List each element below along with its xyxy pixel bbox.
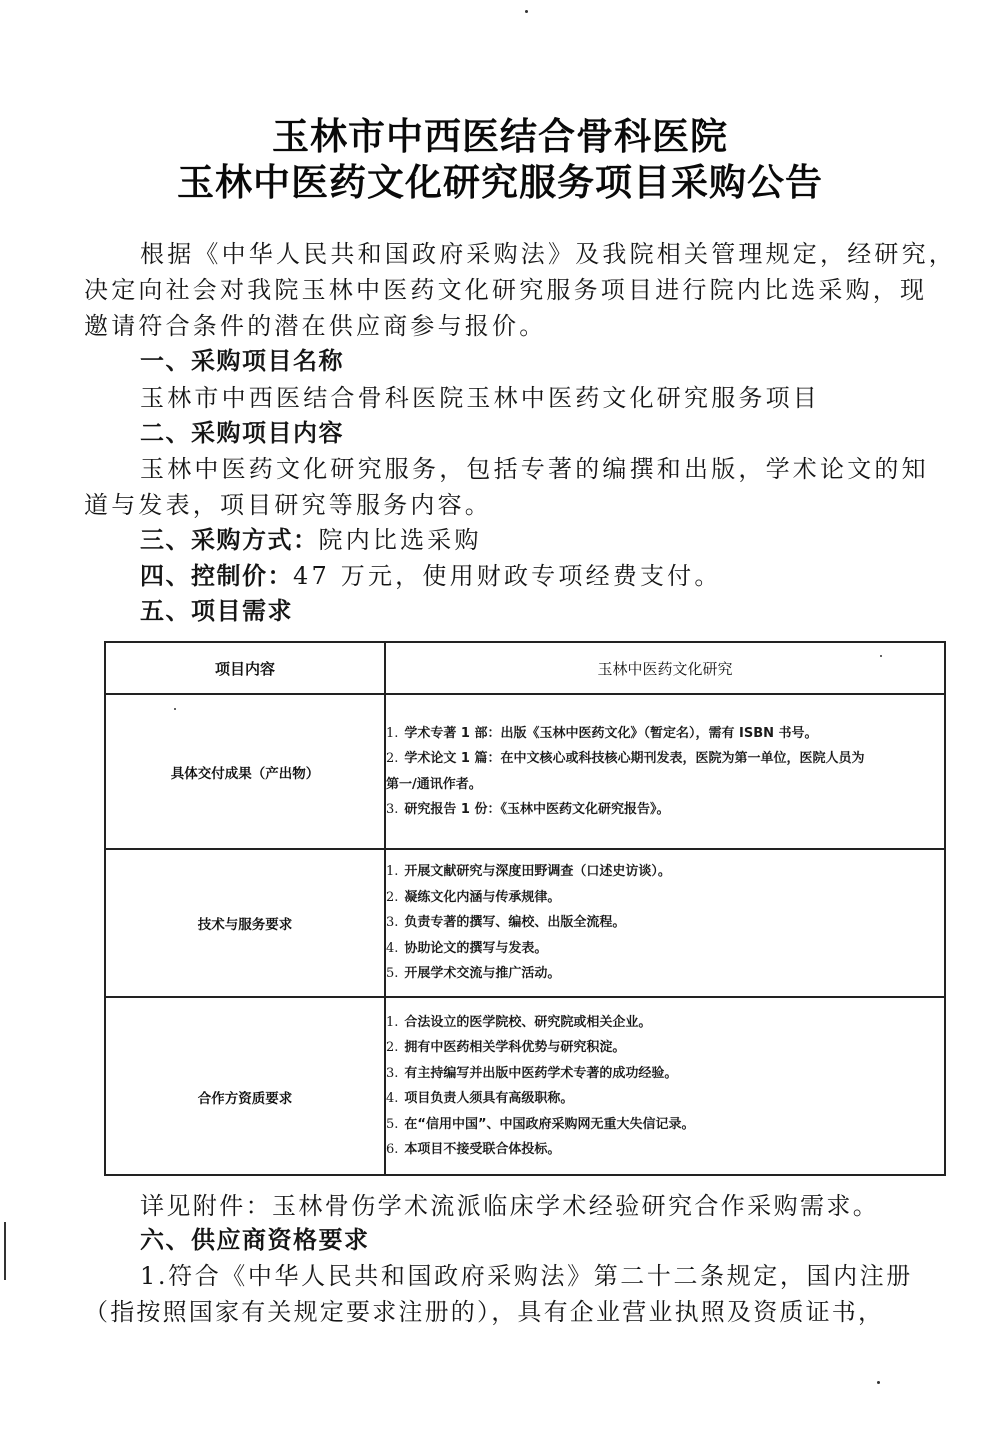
section-3-value: 院内比选采购 (319, 526, 482, 554)
scan-margin-mark (4, 1222, 6, 1280)
section-5-heading: 五、项目需求 (140, 591, 293, 626)
table-header-project: 玉林中医药文化研究 (385, 642, 945, 694)
section-2-body-line-2: 道与发表，项目研究等服务内容。 (84, 485, 492, 520)
row-items-tech-service: 1.开展文献研究与深度田野调查（口述史访谈）。 2.凝练文化内涵与传承规律。 3… (385, 849, 945, 997)
section-1-heading: 一、采购项目名称 (140, 341, 344, 376)
requirements-table: 项目内容 玉林中医药文化研究 具体交付成果（产出物） 1.学术专著 1 部：出版… (104, 641, 946, 1176)
scan-speck (174, 708, 176, 710)
table-row: 技术与服务要求 1.开展文献研究与深度田野调查（口述史访谈）。 2.凝练文化内涵… (105, 849, 945, 997)
list-item: 3.负责专著的撰写、编校、出版全流程。 (386, 910, 944, 936)
list-item: 1.合法设立的医学院校、研究院或相关企业。 (386, 1010, 944, 1036)
section-3: 三、采购方式：院内比选采购 (140, 520, 482, 555)
section-4-value: 47 万元，使用财政专项经费支付。 (293, 562, 722, 590)
list-item: 1.学术专著 1 部：出版《玉林中医药文化》（暂定名），需有 ISBN 书号。 (386, 721, 944, 747)
list-item: 1.开展文献研究与深度田野调查（口述史访谈）。 (386, 859, 944, 885)
list-item: 2.学术论文 1 篇：在中文核心或科技核心期刊发表，医院为第一单位，医院人员为 (386, 746, 944, 772)
attachment-note: 详见附件：玉林骨伤学术流派临床学术经验研究合作采购需求。 (140, 1186, 879, 1221)
scan-speck (877, 1381, 880, 1384)
section-4-heading: 四、控制价： (140, 562, 293, 590)
row-items-partner-qualification: 1.合法设立的医学院校、研究院或相关企业。 2.拥有中医药相关学科优势与研究积淀… (385, 997, 945, 1175)
section-4: 四、控制价：47 万元，使用财政专项经费支付。 (140, 556, 722, 591)
list-item-continuation: 第一/通讯作者。 (386, 772, 944, 798)
table-header-row: 项目内容 玉林中医药文化研究 (105, 642, 945, 694)
list-item: 3.研究报告 1 份：《玉林中医药文化研究报告》。 (386, 797, 944, 823)
intro-line-2: 决定向社会对我院玉林中医药文化研究服务项目进行院内比选采购，现 (84, 270, 927, 305)
list-item: 5.开展学术交流与推广活动。 (386, 961, 944, 987)
table-row: 合作方资质要求 1.合法设立的医学院校、研究院或相关企业。 2.拥有中医药相关学… (105, 997, 945, 1175)
list-item: 5.在“信用中国”、中国政府采购网无重大失信记录。 (386, 1112, 944, 1138)
list-item: 4.协助论文的撰写与发表。 (386, 936, 944, 962)
list-item: 3.有主持编写并出版中医药学术专著的成功经验。 (386, 1061, 944, 1087)
row-label-partner-qualification: 合作方资质要求 (105, 997, 385, 1175)
section-2-body-line-1: 玉林中医药文化研究服务，包括专著的编撰和出版，学术论文的知 (140, 449, 929, 484)
list-item: 4.项目负责人须具有高级职称。 (386, 1086, 944, 1112)
list-item: 2.凝练文化内涵与传承规律。 (386, 885, 944, 911)
section-1-body: 玉林市中西医结合骨科医院玉林中医药文化研究服务项目 (140, 378, 820, 413)
list-item: 2.拥有中医药相关学科优势与研究积淀。 (386, 1035, 944, 1061)
section-6-heading: 六、供应商资格要求 (140, 1220, 370, 1255)
row-label-deliverables: 具体交付成果（产出物） (105, 694, 385, 849)
section-3-heading: 三、采购方式： (140, 526, 319, 554)
scan-speck (525, 10, 528, 13)
section-2-heading: 二、采购项目内容 (140, 413, 344, 448)
row-items-deliverables: 1.学术专著 1 部：出版《玉林中医药文化》（暂定名），需有 ISBN 书号。 … (385, 694, 945, 849)
list-item: 6.本项目不接受联合体投标。 (386, 1137, 944, 1163)
section-6-body-line-1: 1.符合《中华人民共和国政府采购法》第二十二条规定，国内注册 (140, 1256, 913, 1291)
scan-speck (880, 655, 882, 657)
table-row: 具体交付成果（产出物） 1.学术专著 1 部：出版《玉林中医药文化》（暂定名），… (105, 694, 945, 849)
row-label-tech-service: 技术与服务要求 (105, 849, 385, 997)
section-6-body-line-2: （指按照国家有关规定要求注册的），具有企业营业执照及资质证书， (84, 1292, 884, 1327)
intro-line-3: 邀请符合条件的潜在供应商参与报价。 (84, 306, 546, 341)
intro-line-1: 根据《中华人民共和国政府采购法》及我院相关管理规定，经研究， (140, 234, 956, 269)
document-title-line-2: 玉林中医药文化研究服务项目采购公告 (0, 152, 1000, 206)
table-header-item-content: 项目内容 (105, 642, 385, 694)
